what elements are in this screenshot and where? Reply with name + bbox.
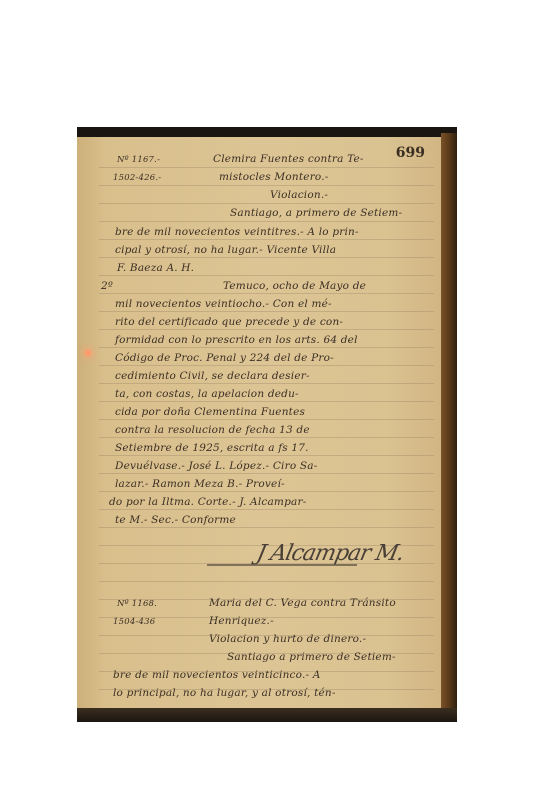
light-reflection [85, 350, 91, 356]
entry-2-line: contra la resolucion de fecha 13 de [115, 424, 310, 436]
ruled-line [99, 509, 434, 510]
ruled-line [99, 293, 434, 294]
ruled-line [99, 437, 434, 438]
ruled-line [99, 401, 434, 402]
ruled-line [99, 203, 434, 204]
entry-2-line: Temuco, ocho de Mayo de [223, 280, 366, 292]
entry-2-line: cida por doña Clementina Fuentes [115, 406, 305, 418]
entry-1-code: 1502-426.- [113, 173, 161, 183]
entry-2-line: do por la Iltma. Corte.- J. Alcampar- [109, 496, 306, 508]
book-spine-edge [441, 133, 457, 713]
entry-1-line: F. Baeza A. H. [117, 262, 194, 274]
ruled-line [99, 185, 434, 186]
ruled-line [99, 365, 434, 366]
ruled-line [99, 239, 434, 240]
ruled-line [99, 419, 434, 420]
bottom-shadow [77, 708, 457, 722]
entry-1-line: Clemira Fuentes contra Te- [213, 153, 364, 165]
ruled-line [99, 275, 434, 276]
entry-1-line: bre de mil novecientos veintitres.- A lo… [115, 226, 359, 238]
page-number: 699 [396, 145, 425, 161]
ledger-page: 699 Nº 1167.- 1502-426.- C [77, 137, 441, 712]
ruled-line [99, 329, 434, 330]
ruled-line [99, 347, 434, 348]
entry-1-line: cipal y otrosí, no ha lugar.- Vicente Vi… [115, 244, 336, 256]
ruled-line [99, 473, 434, 474]
entry-2-line: cedimiento Civil, se declara desier- [115, 370, 310, 382]
entry-3-line: lo principal, no ha lugar, y al otrosí, … [113, 687, 336, 699]
ruled-line [99, 257, 434, 258]
entry-3-line: bre de mil novecientos veinticinco.- A [113, 669, 321, 681]
signature-underline [207, 564, 357, 566]
ruled-line [99, 383, 434, 384]
ruled-line [99, 455, 434, 456]
signature: J Alcampar M. [254, 541, 406, 566]
ruled-line [99, 581, 434, 582]
entry-1-line: Santiago, a primero de Setiem- [230, 207, 402, 219]
entry-3-code: 1504-436 [113, 617, 155, 627]
entry-2-line: ta, con costas, la apelacion dedu- [115, 388, 299, 400]
entry-1-line: Violacion.- [270, 189, 328, 201]
entry-2-line: formidad con lo prescrito en los arts. 6… [115, 334, 358, 346]
entry-3-line: Santiago a primero de Setiem- [227, 651, 396, 663]
entry-2-number: 2º [101, 280, 113, 292]
ruled-line [99, 491, 434, 492]
entry-2-line: Devuélvase.- José L. López.- Ciro Sa- [115, 460, 318, 472]
ruled-line [99, 311, 434, 312]
entry-3-line: Maria del C. Vega contra Tránsito [209, 597, 396, 609]
ruled-line [99, 221, 434, 222]
entry-3-line: Violacion y hurto de dinero.- [209, 633, 366, 645]
ruled-line [99, 167, 434, 168]
entry-2-line: lazar.- Ramon Meza B.- Proveí- [115, 478, 285, 490]
entry-3-line: Henriquez.- [209, 615, 274, 627]
entry-1-line: mistocles Montero.- [219, 171, 329, 183]
ruled-line [99, 527, 434, 528]
document-photo: 699 Nº 1167.- 1502-426.- C [77, 127, 457, 722]
entry-3-number: Nº 1168. [117, 599, 157, 609]
entry-2-line: Setiembre de 1925, escrita a fs 17. [115, 442, 309, 454]
entry-2-line: rito del certificado que precede y de co… [115, 316, 343, 328]
entry-2-line: mil novecientos veintiocho.- Con el mé- [115, 298, 332, 310]
entry-2-line: Código de Proc. Penal y 224 del de Pro- [115, 352, 334, 364]
entry-1-number: Nº 1167.- [117, 155, 160, 165]
entry-2-line: te M.- Sec.- Conforme [115, 514, 236, 526]
